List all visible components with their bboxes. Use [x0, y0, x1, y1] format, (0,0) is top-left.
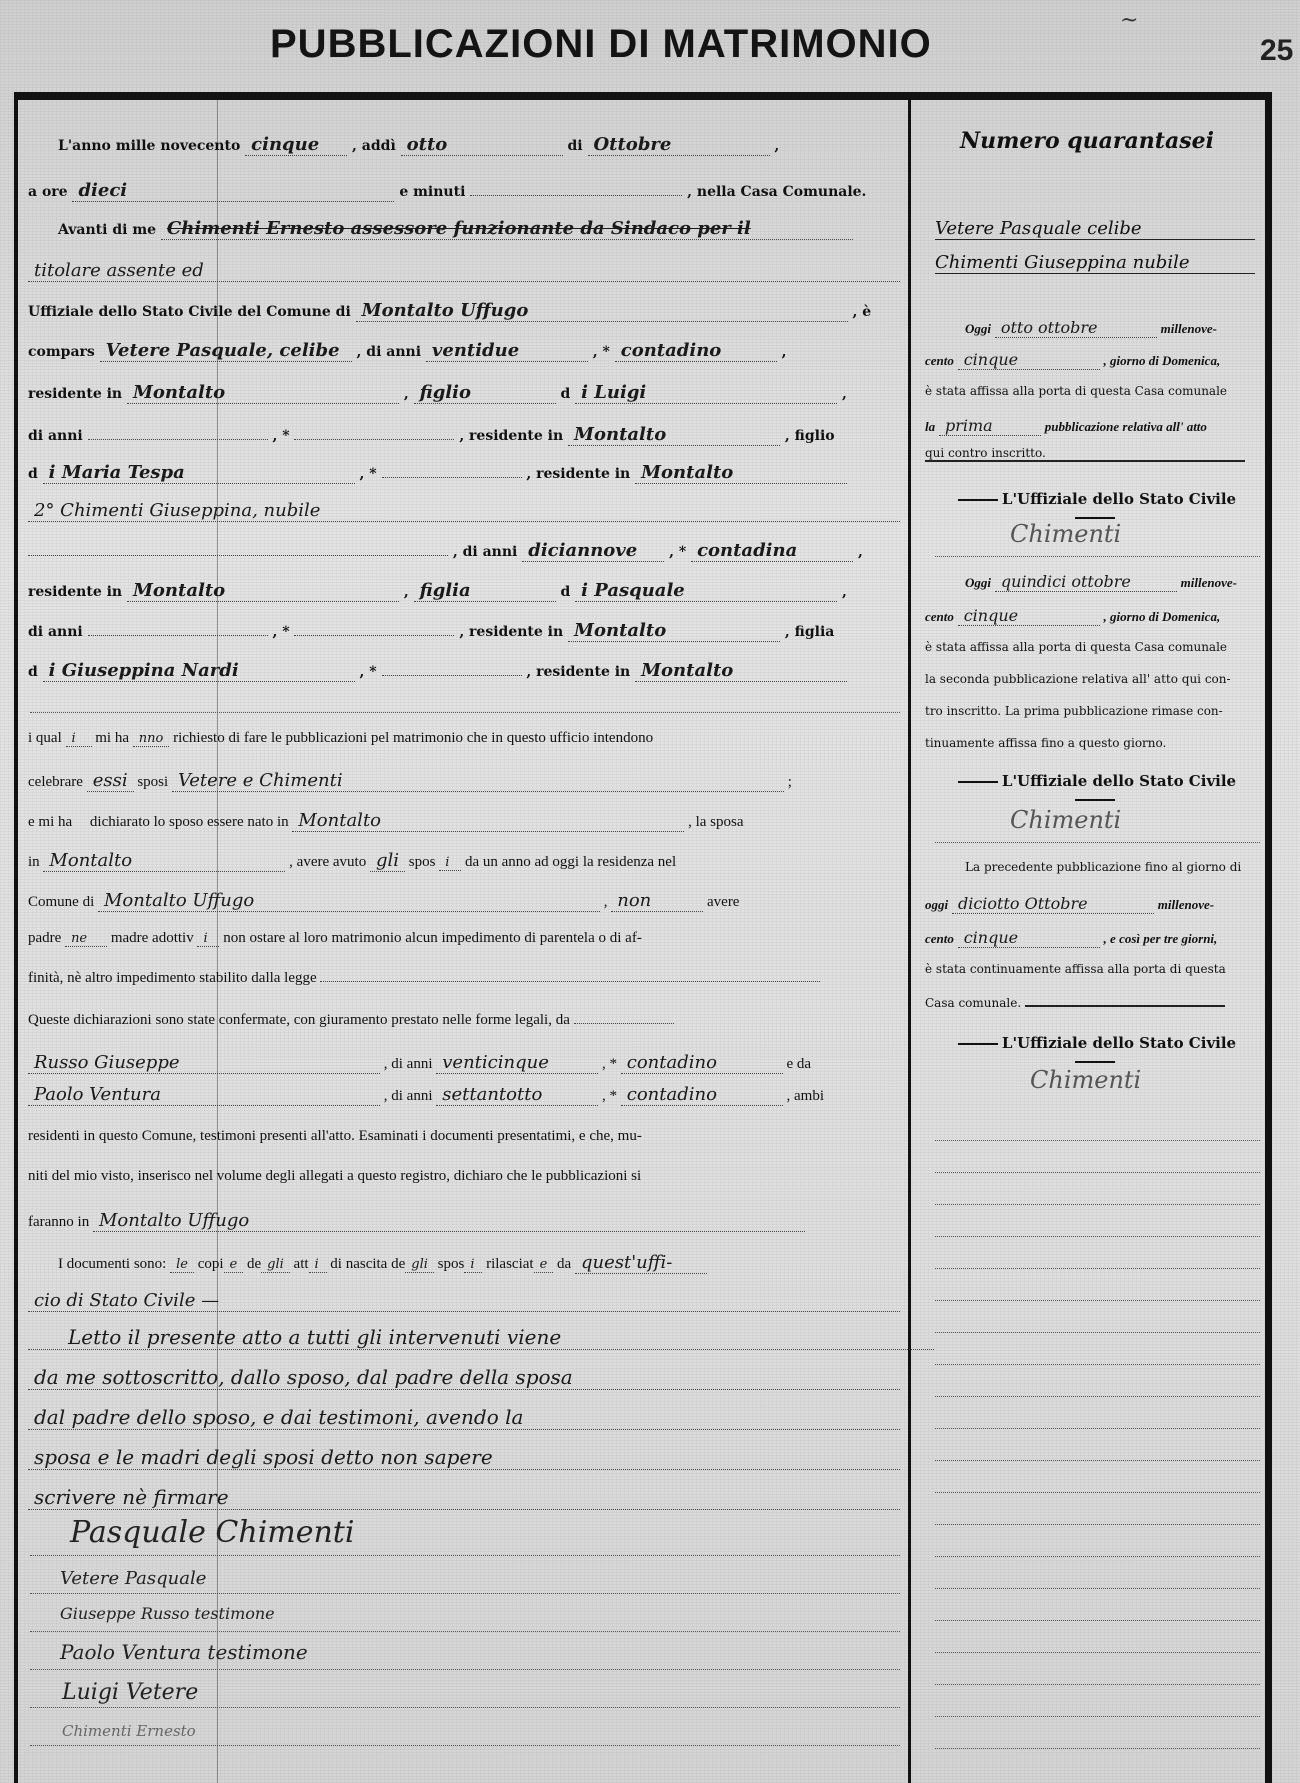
officer-heading-3: L'Uffiziale dello Stato Civile [935, 1034, 1255, 1070]
pub1-line-4: la prima pubblicazione relativa all' att… [925, 416, 1255, 436]
groom-residence-field: Montalto [127, 382, 399, 404]
pub1-line-5: qui contro inscritto. [925, 446, 1245, 462]
act-line-bride-residence: residente in Montalto , figlia d i Pasqu… [28, 580, 900, 602]
witness-2-name: Paolo Ventura [28, 1084, 380, 1106]
witness-1: Russo Giuseppe , di anni venticinque , *… [28, 1052, 900, 1074]
residence-comune-field: Montalto Uffugo [98, 890, 600, 912]
sidebar-act-number: Numero quarantasei [960, 128, 1214, 154]
documents-line-cont: cio di Stato Civile — [28, 1290, 900, 1312]
groom-name-field: Vetere Pasquale, celibe [100, 340, 352, 362]
witness-1-name: Russo Giuseppe [28, 1052, 380, 1074]
year-field: cinque [245, 134, 347, 156]
witness-intro: Queste dichiarazioni sono state conferma… [28, 1012, 900, 1029]
pub3-date: diciotto Ottobre [952, 894, 1154, 914]
corner-scribble: ~ [1120, 8, 1138, 33]
act-line-bride: 2° Chimenti Giuseppina, nubile [28, 500, 900, 522]
witness-line-5: faranno in Montalto Uffugo [28, 1210, 900, 1232]
pub3-line-5: Casa comunale. [925, 996, 1255, 1010]
signature-officer: Chimenti Ernesto [62, 1722, 196, 1740]
pub3-line-3: cento cinque , e così per tre giorni, [925, 928, 1255, 948]
pub2-line-1: Oggi quindici ottobre millenove- [925, 572, 1255, 592]
signature-vetere-pasquale: Vetere Pasquale [60, 1568, 206, 1589]
signature-witness-ventura: Paolo Ventura testimone [60, 1640, 308, 1664]
pub1-line-1: Oggi otto ottobre millenove- [925, 318, 1255, 338]
act-line-comune: Uffiziale dello Stato Civile del Comune … [28, 300, 900, 322]
pub2-line-6: tinuamente affissa fino a questo giorno. [925, 736, 1255, 750]
witness-2-age: settantotto [436, 1084, 598, 1106]
comune-field: Montalto Uffugo [356, 300, 848, 322]
pub2-date: quindici ottobre [995, 572, 1177, 592]
bride-birthplace-field: Montalto [43, 850, 285, 872]
groom-father-field: i Luigi [575, 382, 837, 404]
request-line-3: e mi ha dichiarato lo sposo essere nato … [28, 810, 900, 832]
act-line-groom-residence: residente in Montalto , figlio d i Luigi… [28, 382, 900, 404]
publication-place-field: Montalto Uffugo [93, 1210, 805, 1232]
signature-pasquale-chimenti: Pasquale Chimenti [70, 1515, 354, 1550]
documents-line: I documenti sono: le copie degli atti di… [28, 1252, 900, 1274]
act-line-bride-mother: d i Giuseppina Nardi , * , residente in … [28, 660, 900, 682]
sidebar-rule [935, 556, 1260, 557]
request-line-7: finità, nè altro impedimento stabilito d… [28, 970, 900, 987]
note-line: sposa e le madri degli sposi detto non s… [28, 1445, 900, 1470]
groom-age-field: ventidue [426, 340, 588, 362]
note-line: da me sottoscritto, dallo sposo, dal pad… [28, 1365, 900, 1390]
officer-signature-3: Chimenti [1030, 1066, 1141, 1094]
pub2-line-5: tro inscritto. La prima pubblicazione ri… [925, 704, 1255, 718]
witness-1-job: contadino [621, 1052, 783, 1074]
groom-mother-field: i Maria Tespa [43, 462, 355, 484]
bride-father-field: i Pasquale [575, 580, 837, 602]
act-line-officer-cont: titolare assente ed [28, 260, 900, 282]
bride-job-field: contadina [691, 540, 853, 562]
act-line-groom: compars Vetere Pasquale, celibe , di ann… [28, 340, 900, 362]
frame-border-left [14, 92, 18, 1783]
witness-2: Paolo Ventura , di anni settantotto , * … [28, 1084, 900, 1106]
witness-1-age: venticinque [436, 1052, 598, 1074]
request-line-5: Comune di Montalto Uffugo , non avere [28, 890, 900, 912]
signature-witness-russo: Giuseppe Russo testimone [60, 1604, 275, 1623]
sidebar-groom: Vetere Pasquale celibe [935, 218, 1255, 240]
request-line-1: i qual i mi ha nno richiesto di fare le … [28, 730, 900, 747]
request-line-2: celebrare essi sposi Vetere e Chimenti ; [28, 770, 900, 792]
act-line-bride-father: di anni , * , residente in Montalto , fi… [28, 620, 900, 642]
act-line-officer: Avanti di me Chimenti Ernesto assessore … [28, 218, 900, 240]
pub3-line-4: è stata continuamente affissa alla porta… [925, 962, 1255, 976]
officer-signature-1: Chimenti [1010, 520, 1121, 548]
bride-age-field: diciannove [522, 540, 664, 562]
bride-mother-field: i Giuseppina Nardi [43, 660, 355, 682]
month-field: Ottobre [588, 134, 770, 156]
page-title: PUBBLICAZIONI DI MATRIMONIO [270, 22, 932, 67]
request-line-6: padre ne madre adottiv i non ostare al l… [28, 930, 900, 947]
note-line: Letto il presente atto a tutti gli inter… [28, 1325, 900, 1350]
note-line: dal padre dello sposo, e dai testimoni, … [28, 1405, 900, 1430]
separator-rule [30, 712, 900, 713]
pub2-line-4: la seconda pubblicazione relativa all' a… [925, 672, 1255, 686]
pub1-date: otto ottobre [995, 318, 1157, 338]
pub2-line-2: cento cinque , giorno di Domenica, [925, 606, 1255, 626]
frame-border-top [14, 92, 1272, 100]
witness-2-job: contadino [621, 1084, 783, 1106]
sidebar-bride: Chimenti Giuseppina nubile [935, 252, 1255, 274]
act-line-date: L'anno mille novecento cinque , addì ott… [28, 134, 900, 156]
pub1-line-3: è stata affissa alla porta di questa Cas… [925, 384, 1255, 398]
act-line-groom-father: di anni , * , residente in Montalto , fi… [28, 424, 900, 446]
column-divider [908, 92, 911, 1783]
act-line-bride-age: , di anni diciannove , * contadina , [28, 540, 900, 562]
officer-field: Chimenti Ernesto assessore funzionante d… [161, 218, 853, 240]
hour-field: dieci [72, 180, 394, 202]
frame-border-right [1265, 92, 1272, 1783]
groom-job-field: contadino [615, 340, 777, 362]
sidebar-rule [935, 842, 1260, 843]
witness-line-3: residenti in questo Comune, testimoni pr… [28, 1128, 900, 1145]
signature-luigi-vetere: Luigi Vetere [62, 1680, 198, 1705]
officer-heading-2: L'Uffiziale dello Stato Civile [935, 772, 1255, 808]
pub3-line-2: oggi diciotto Ottobre millenove- [925, 894, 1255, 914]
note-line: scrivere nè firmare [28, 1485, 900, 1510]
page-number: 25 [1260, 34, 1293, 68]
pub2-line-3: è stata affissa alla porta di questa Cas… [925, 640, 1255, 654]
request-line-4: in Montalto , avere avuto gli spos i da … [28, 850, 900, 872]
act-line-time: a ore dieci e minuti , nella Casa Comuna… [28, 180, 900, 202]
bride-residence-field: Montalto [127, 580, 399, 602]
pub1-line-2: cento cinque , giorno di Domenica, [925, 350, 1255, 370]
officer-signature-2: Chimenti [1010, 806, 1121, 834]
couple-field: Vetere e Chimenti [172, 770, 784, 792]
day-field: otto [401, 134, 563, 156]
register-page: ~ PUBBLICAZIONI DI MATRIMONIO 25 L'anno … [0, 0, 1300, 1783]
pub3-line-1: La precedente pubblicazione fino al gior… [965, 860, 1295, 874]
minutes-field [470, 195, 682, 196]
groom-birthplace-field: Montalto [292, 810, 684, 832]
bride-name-field: 2° Chimenti Giuseppina, nubile [28, 500, 900, 522]
act-line-groom-mother: d i Maria Tespa , * , residente in Monta… [28, 462, 900, 484]
witness-line-4: niti del mio visto, inserisco nel volume… [28, 1168, 900, 1185]
